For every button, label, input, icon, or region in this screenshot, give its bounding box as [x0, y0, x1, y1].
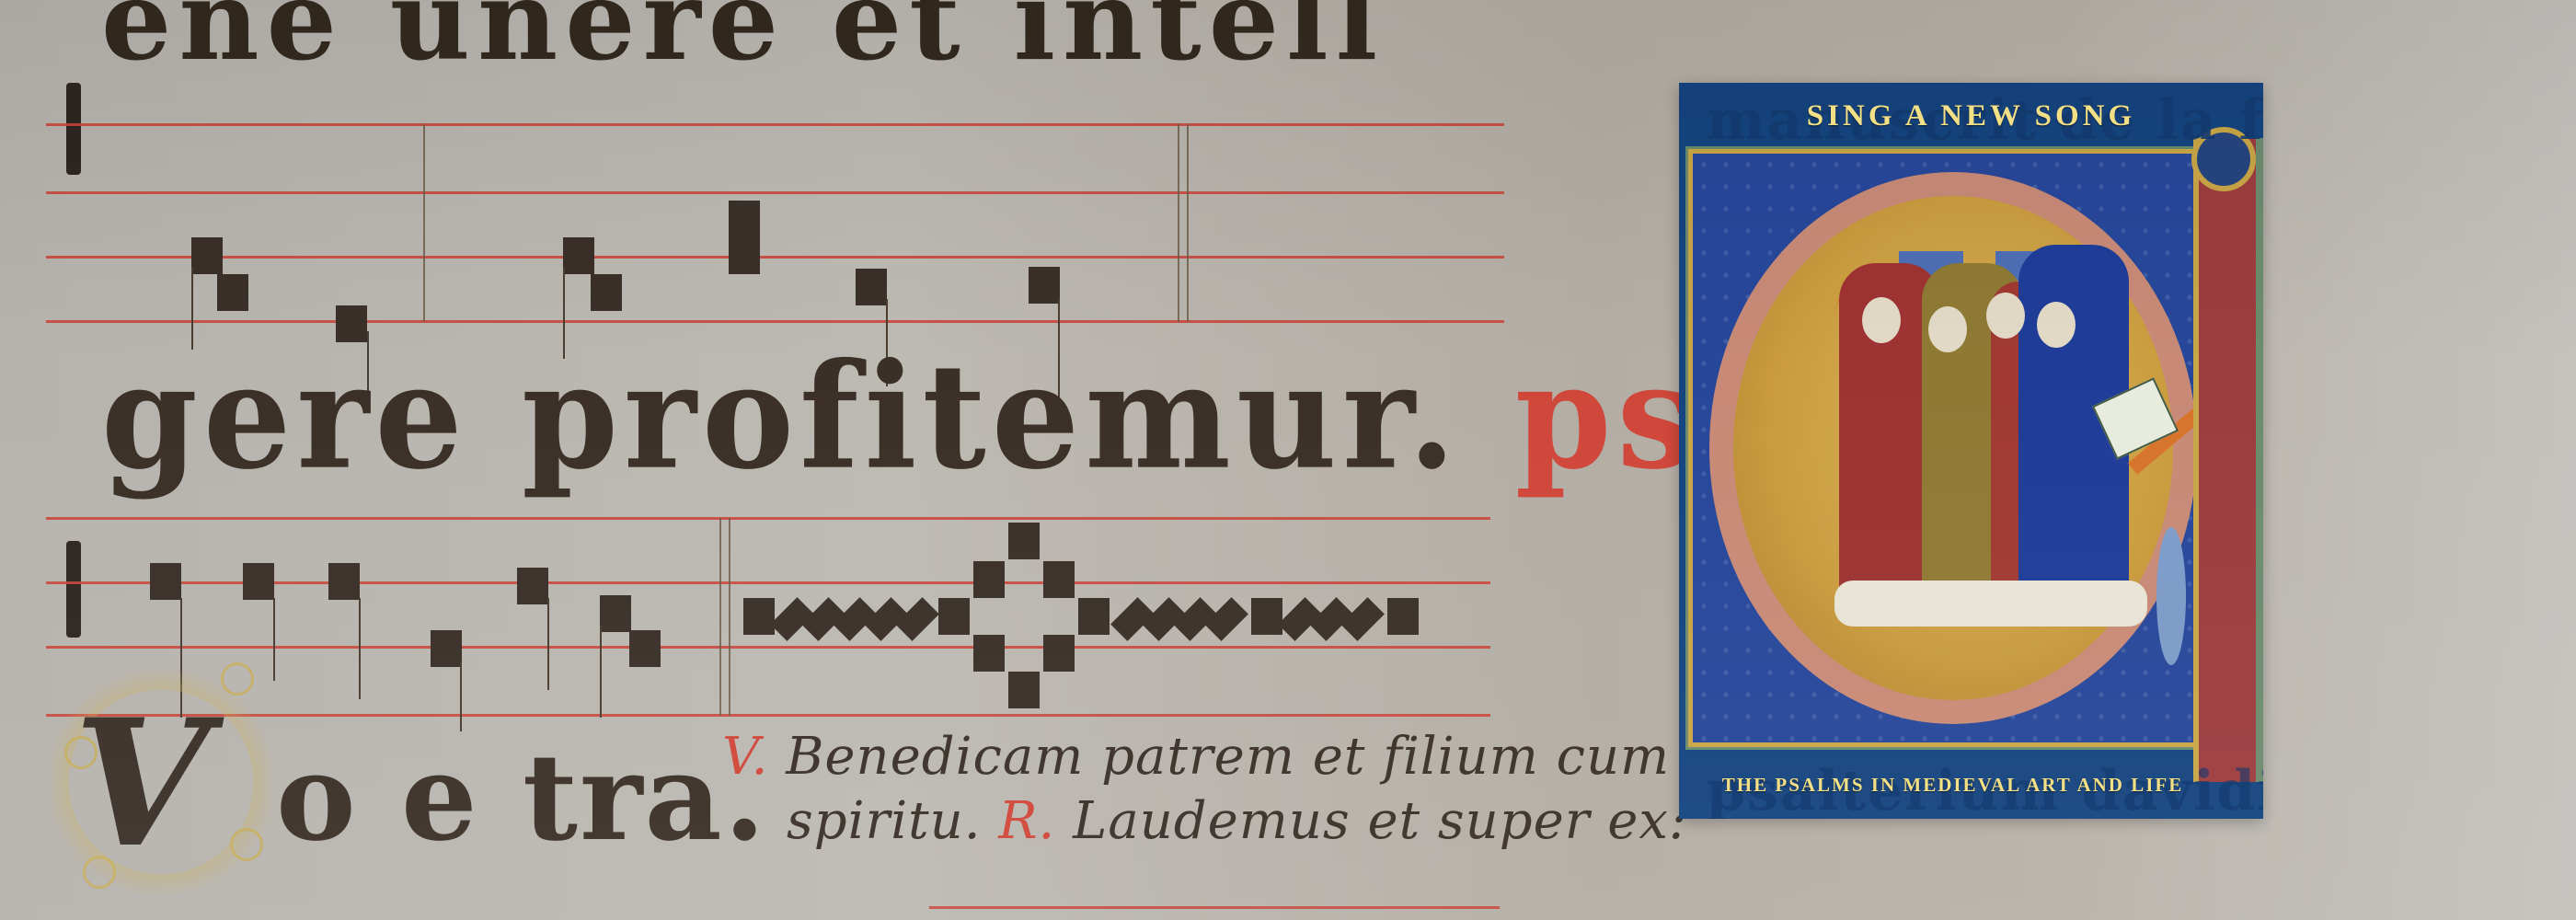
neume-square	[1008, 523, 1040, 559]
book-title: SING A NEW SONG	[1679, 99, 2263, 133]
bar-line	[423, 124, 425, 322]
gilt-ornament-icon	[230, 828, 263, 861]
head	[1862, 297, 1901, 343]
neume-stem	[460, 662, 462, 731]
staff-line	[46, 123, 1504, 126]
manuscript-background: ene unere et intell gere profitemur. ps.	[0, 0, 1564, 920]
manuscript-middle-line: gere profitemur. ps.	[101, 332, 1754, 502]
book-cover[interactable]: manuscrit de la fondation SING A NEW SON…	[1679, 83, 2263, 819]
neume-square	[743, 598, 775, 635]
cover-illumination	[1688, 149, 2213, 747]
neume-square	[1043, 635, 1075, 672]
initial-stem-bar	[2193, 138, 2263, 782]
neume-square	[1251, 598, 1282, 635]
neume-lozenge	[1204, 597, 1248, 641]
versicle-text-2a: spiritu.	[787, 791, 982, 851]
neume-square	[217, 274, 248, 311]
neume-square	[517, 568, 548, 604]
staff-line	[46, 191, 1504, 194]
neume-square	[1387, 598, 1419, 635]
neume-stem	[359, 598, 361, 699]
neume-stem	[273, 598, 275, 681]
neume-square	[243, 563, 274, 600]
neume-square	[591, 274, 622, 311]
neume-lozenge	[1340, 597, 1385, 641]
fish-icon	[2156, 527, 2186, 665]
head	[2037, 302, 2076, 348]
neume-square	[1029, 267, 1060, 304]
versicle-mark: V.	[722, 727, 768, 787]
staff-line	[929, 906, 1500, 909]
versicle-text-2b: Laudemus et super ex:	[1073, 791, 1687, 851]
neume-square	[1078, 598, 1110, 635]
neume-square	[431, 630, 462, 667]
staff-line	[46, 256, 1504, 259]
neume-square	[328, 563, 360, 600]
neume-square	[729, 201, 760, 274]
illuminated-initial-d	[1709, 172, 2197, 724]
neume-square	[973, 561, 1005, 598]
gilt-ornament-icon	[221, 662, 254, 696]
versicle-line-2: spiritu. R. Laudemus et super ex:	[787, 791, 1687, 851]
head	[1986, 293, 2025, 339]
neume-square	[938, 598, 970, 635]
response-mark: R.	[998, 791, 1055, 851]
bar-line	[719, 518, 721, 716]
bar-line	[1187, 124, 1189, 322]
neume-square	[1043, 561, 1075, 598]
manuscript-bottom-line: o e tra.	[276, 727, 767, 868]
initial-letter: V	[74, 681, 209, 886]
bar-line	[1178, 124, 1179, 322]
neume-stem	[547, 598, 549, 690]
neume-square	[629, 630, 661, 667]
staff-line	[46, 320, 1504, 323]
neume-square	[150, 563, 181, 600]
staff-line	[46, 517, 1490, 520]
neume-stem	[600, 626, 602, 718]
neume-square	[1008, 672, 1040, 708]
neume-lozenge	[895, 597, 939, 641]
hero-banner: ene unere et intell gere profitemur. ps.	[0, 0, 2576, 920]
neume-square	[600, 595, 631, 632]
neume-square	[191, 237, 223, 274]
neume-square	[973, 635, 1005, 672]
staff-line	[46, 646, 1490, 649]
neume-square	[563, 237, 594, 274]
manuscript-middle-text: gere profitemur.	[101, 332, 1461, 502]
head	[1928, 306, 1967, 352]
bar-line	[729, 518, 730, 716]
white-robes	[1834, 581, 2147, 627]
manuscript-top-line: ene unere et intell	[101, 0, 1385, 86]
neume-square	[856, 269, 887, 305]
clef-icon	[66, 541, 81, 638]
book-subtitle: THE PSALMS IN MEDIEVAL ART AND LIFE	[1679, 774, 2226, 797]
clef-icon	[66, 83, 81, 175]
